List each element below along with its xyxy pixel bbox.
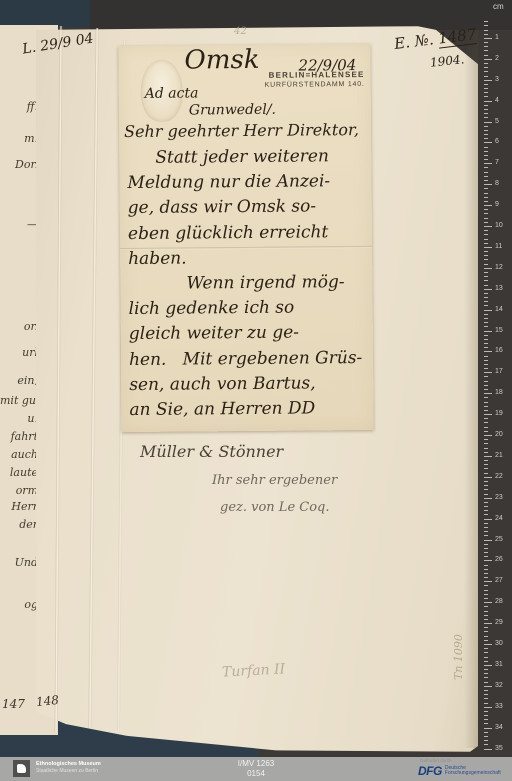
ruler-minor-tick [484, 264, 488, 265]
ruler-minor-tick [484, 34, 488, 35]
page-shadow [464, 30, 478, 748]
ruler-minor-tick [484, 552, 488, 553]
ruler-minor-tick [484, 343, 488, 344]
ruler-cm-tick [484, 372, 492, 373]
letterhead-city: BERLIN=HALENSEE [265, 70, 365, 80]
ruler-minor-tick [484, 506, 488, 507]
ruler-cm-tick [484, 393, 492, 394]
ruler-minor-tick [484, 703, 488, 704]
ruler-minor-tick [484, 50, 488, 51]
ruler-number: 31 [495, 661, 503, 668]
ruler-minor-tick [484, 259, 488, 260]
ruler-minor-tick [484, 410, 488, 411]
letter-body-line: ge, dass wir Omsk so- [128, 196, 368, 223]
ruler-cm-tick [484, 59, 492, 60]
ruler-number: 27 [495, 577, 503, 584]
ruler-minor-tick [484, 318, 488, 319]
ruler-minor-tick [484, 473, 488, 474]
ruler-minor-tick [484, 460, 488, 461]
ruler-minor-tick [484, 117, 488, 118]
letter-sheet: Omsk 22/9/04 BERLIN=HALENSEE KURFÜRSTEND… [118, 44, 373, 432]
ruler-minor-tick [484, 109, 488, 110]
ruler-number: 20 [495, 431, 503, 438]
ruler-number: 21 [495, 452, 503, 459]
ruler-minor-tick [484, 631, 488, 632]
margin-text-fragment: laute [0, 466, 38, 479]
ruler-number: 19 [495, 410, 503, 417]
letter-body-line: sen, auch von Bartus, [129, 373, 369, 400]
ruler-minor-tick [484, 30, 488, 31]
ruler-number: 10 [495, 222, 503, 229]
ruler-minor-tick [484, 193, 488, 194]
ruler-minor-tick [484, 113, 488, 114]
ruler-minor-tick [484, 736, 488, 737]
ruler-minor-tick [484, 402, 488, 403]
ruler-number: 7 [495, 159, 499, 166]
margin-text-fragment: mit gut [0, 394, 38, 407]
ruler-minor-tick [484, 464, 488, 465]
ruler-minor-tick [484, 494, 488, 495]
ruler-minor-tick [484, 213, 488, 214]
ruler-minor-tick [484, 46, 488, 47]
ruler-minor-tick [484, 255, 488, 256]
ruler-minor-tick [484, 452, 488, 453]
ruler-minor-tick [484, 711, 488, 712]
ruler-cm-tick [484, 456, 492, 457]
ruler-number: 32 [495, 682, 503, 689]
ruler-number: 24 [495, 515, 503, 522]
ruler-number: 25 [495, 536, 503, 543]
ruler-minor-tick [484, 590, 488, 591]
ruler-minor-tick [484, 694, 488, 695]
margin-text-fragment: ein, [0, 374, 38, 387]
letter-body-line: lich gedenke ich so [129, 297, 369, 324]
margin-text-fragment: or. [0, 320, 38, 333]
ruler-cm-tick [484, 560, 492, 561]
ruler-minor-tick [484, 67, 488, 68]
ruler-unit-label: cm [493, 2, 504, 11]
ruler-minor-tick [484, 715, 488, 716]
ruler-minor-tick [484, 92, 488, 93]
inventory-side-mark: Tn 1090 [452, 634, 465, 680]
ruler-number: 15 [495, 327, 503, 334]
closing-formula: Ihr sehr ergebener [212, 473, 337, 488]
ruler-minor-tick [484, 172, 488, 173]
ruler-minor-tick [484, 218, 488, 219]
ruler-minor-tick [484, 677, 488, 678]
ruler-minor-tick [484, 585, 488, 586]
ruler: cm 1234567891011121314151617181920212223… [482, 0, 512, 757]
ruler-minor-tick [484, 360, 488, 361]
ruler-minor-tick [484, 280, 488, 281]
ruler-minor-tick [484, 293, 488, 294]
ruler-number: 28 [495, 598, 503, 605]
ruler-number: 5 [495, 118, 499, 125]
ruler-minor-tick [484, 669, 488, 670]
ruler-minor-tick [484, 301, 488, 302]
ruler-cm-tick [484, 351, 492, 352]
ruler-minor-tick [484, 234, 488, 235]
ruler-number: 23 [495, 494, 503, 501]
letter-body-line: hen. Mit ergebenen Grüs- [129, 347, 369, 374]
letter-body-line: eben glücklich erreicht [128, 221, 368, 248]
dfg-full-name: Deutsche Forschungsgemeinschaft [445, 766, 501, 777]
ruler-minor-tick [484, 134, 488, 135]
margin-text-fragment: m. [0, 132, 38, 145]
letter-body: Statt jeder weiterenMeldung nur die Anze… [127, 146, 369, 425]
ruler-minor-tick [484, 209, 488, 210]
ruler-cm-tick [484, 101, 492, 102]
ruler-minor-tick [484, 222, 488, 223]
ruler-minor-tick [484, 544, 488, 545]
ruler-cm-tick [484, 728, 492, 729]
letter-body-line: Meldung nur die Anzei- [127, 171, 367, 198]
ruler-minor-tick [484, 640, 488, 641]
margin-text-fragment: auch [0, 448, 38, 461]
ruler-minor-tick [484, 598, 488, 599]
ruler-number: 4 [495, 97, 499, 104]
ruler-number: 3 [495, 76, 499, 83]
ruler-number: 11 [495, 243, 502, 250]
ruler-minor-tick [484, 147, 488, 148]
ruler-number: 22 [495, 473, 503, 480]
ruler-cm-tick [484, 540, 492, 541]
ruler-minor-tick [484, 657, 488, 658]
ruler-cm-tick [484, 602, 492, 603]
margin-text-fragment: Und [0, 556, 38, 569]
ruler-minor-tick [484, 71, 488, 72]
ruler-minor-tick [484, 698, 488, 699]
ruler-cm-tick [484, 435, 492, 436]
ruler-minor-tick [484, 443, 488, 444]
ruler-minor-tick [484, 565, 488, 566]
ad-acta-signature: Grunwedel/. [189, 102, 276, 119]
page-number-right: 148 [35, 693, 59, 709]
ruler-cm-tick [484, 644, 492, 645]
ruler-minor-tick [484, 673, 488, 674]
margin-text-fragment: og [0, 598, 38, 611]
ruler-minor-tick [484, 356, 488, 357]
ruler-minor-tick [484, 88, 488, 89]
ruler-minor-tick [484, 368, 488, 369]
ruler-minor-tick [484, 481, 488, 482]
ruler-minor-tick [484, 285, 488, 286]
ruler-minor-tick [484, 55, 488, 56]
ruler-minor-tick [484, 448, 488, 449]
ruler-number: 33 [495, 703, 503, 710]
ruler-minor-tick [484, 76, 488, 77]
margin-text-fragment: Herr [0, 500, 38, 513]
ruler-number: 9 [495, 201, 499, 208]
ruler-minor-tick [484, 489, 488, 490]
ruler-minor-tick [484, 627, 488, 628]
ruler-minor-tick [484, 197, 488, 198]
ruler-minor-tick [484, 427, 488, 428]
margin-text-fragment: ff. [0, 100, 38, 113]
ruler-minor-tick [484, 619, 488, 620]
ruler-minor-tick [484, 431, 488, 432]
scanned-letter-page: ff.m.Dor.—or.urlein,mit gutu.fahrtauchla… [0, 0, 512, 781]
ruler-minor-tick [484, 326, 488, 327]
ruler-minor-tick [484, 21, 488, 22]
ruler-number: 34 [495, 724, 503, 731]
ruler-minor-tick [484, 510, 488, 511]
scan-background-top [90, 0, 512, 30]
letter-body-line: an Sie, an Herren DD [129, 398, 369, 425]
ruler-cm-tick [484, 163, 492, 164]
ruler-minor-tick [484, 335, 488, 336]
ruler-minor-tick [484, 42, 488, 43]
ruler-minor-tick [484, 661, 488, 662]
ruler-minor-tick [484, 347, 488, 348]
page-number-left: 147 [2, 697, 25, 711]
dfg-abbreviation: DFG [418, 764, 442, 778]
ruler-cm-tick [484, 226, 492, 227]
ruler-minor-tick [484, 502, 488, 503]
ruler-cm-tick [484, 414, 492, 415]
ruler-minor-tick [484, 636, 488, 637]
ruler-minor-tick [484, 138, 488, 139]
ad-acta-note: Ad acta [145, 85, 199, 101]
ruler-minor-tick [484, 594, 488, 595]
ruler-minor-tick [484, 740, 488, 741]
ruler-minor-tick [484, 63, 488, 64]
ruler-minor-tick [484, 201, 488, 202]
ruler-minor-tick [484, 569, 488, 570]
ruler-minor-tick [484, 606, 488, 607]
ruler-minor-tick [484, 188, 488, 189]
ruler-cm-tick [484, 205, 492, 206]
margin-text-fragment: orm [0, 484, 38, 497]
ruler-minor-tick [484, 385, 488, 386]
ruler-minor-tick [484, 397, 488, 398]
ruler-number: 17 [495, 368, 503, 375]
ruler-cm-tick [484, 289, 492, 290]
margin-text-fragment: Dor. [0, 158, 38, 171]
ruler-number: 29 [495, 619, 503, 626]
ruler-minor-tick [484, 84, 488, 85]
ruler-cm-tick [484, 665, 492, 666]
margin-text-fragment: fahrt [0, 430, 38, 443]
margin-text-fragment: url [0, 346, 38, 359]
ruler-minor-tick [484, 723, 488, 724]
ruler-minor-tick [484, 732, 488, 733]
ruler-minor-tick [484, 376, 488, 377]
ruler-number: 35 [495, 745, 503, 752]
ruler-minor-tick [484, 611, 488, 612]
ruler-minor-tick [484, 96, 488, 97]
ruler-number: 6 [495, 138, 499, 145]
ruler-minor-tick [484, 305, 488, 306]
ruler-minor-tick [484, 230, 488, 231]
dfg-logo: Gefördert durch DFG Deutsche Forschungsg… [418, 758, 504, 778]
ruler-minor-tick [484, 176, 488, 177]
ruler-minor-tick [484, 364, 488, 365]
ruler-minor-tick [484, 719, 488, 720]
letter-body-line: haben. [128, 247, 368, 274]
ruler-minor-tick [484, 418, 488, 419]
letter-body-line: Statt jeder weiteren [155, 146, 367, 173]
ruler-minor-tick [484, 422, 488, 423]
ruler-number: 13 [495, 285, 503, 292]
letter-body-line: gleich weiter zu ge- [129, 322, 369, 349]
ruler-number: 2 [495, 55, 499, 62]
margin-text-fragment: — [0, 218, 38, 231]
ruler-cm-tick [484, 749, 492, 750]
ruler-cm-tick [484, 623, 492, 624]
ruler-number: 18 [495, 389, 503, 396]
ruler-minor-tick [484, 682, 488, 683]
ruler-minor-tick [484, 381, 488, 382]
signature-line: gez. von Le Coq. [220, 500, 330, 515]
ruler-cm-tick [484, 477, 492, 478]
ruler-minor-tick [484, 155, 488, 156]
ruler-minor-tick [484, 180, 488, 181]
ruler-minor-tick [484, 556, 488, 557]
ruler-number: 26 [495, 556, 503, 563]
ruler-minor-tick [484, 389, 488, 390]
ruler-minor-tick [484, 243, 488, 244]
ruler-cm-tick [484, 707, 492, 708]
ruler-minor-tick [484, 167, 488, 168]
ruler-number: 14 [495, 306, 503, 313]
ruler-minor-tick [484, 159, 488, 160]
ruler-cm-tick [484, 268, 492, 269]
letter-place: Omsk [184, 45, 259, 76]
book-cover-top-left [0, 0, 96, 27]
ruler-minor-tick [484, 322, 488, 323]
ruler-minor-tick [484, 531, 488, 532]
ruler-number: 16 [495, 347, 503, 354]
letter-salutation: Sehr geehrter Herr Direktor, [124, 120, 359, 141]
ruler-cm-tick [484, 247, 492, 248]
ruler-number: 12 [495, 264, 503, 271]
ruler-cm-tick [484, 519, 492, 520]
ruler-minor-tick [484, 527, 488, 528]
ruler-minor-tick [484, 251, 488, 252]
ruler-minor-tick [484, 151, 488, 152]
turfan-pencil-note: Turfan II [222, 661, 286, 680]
footer-bar: Ethnologisches Museum Staatliche Museen … [0, 757, 512, 781]
ruler-minor-tick [484, 690, 488, 691]
ruler-minor-tick [484, 523, 488, 524]
ruler-minor-tick [484, 130, 488, 131]
margin-text-fragment: u. [0, 412, 38, 425]
ruler-cm-tick [484, 581, 492, 582]
ruler-minor-tick [484, 276, 488, 277]
ruler-minor-tick [484, 297, 488, 298]
ruler-minor-tick [484, 744, 488, 745]
ruler-number: 8 [495, 180, 499, 187]
ruler-minor-tick [484, 126, 488, 127]
ruler-minor-tick [484, 514, 488, 515]
letter-body-line: Wenn irgend mög- [186, 272, 368, 299]
ruler-minor-tick [484, 406, 488, 407]
ruler-cm-tick [484, 310, 492, 311]
ruler-cm-tick [484, 184, 492, 185]
ruler-minor-tick [484, 439, 488, 440]
ruler-minor-tick [484, 314, 488, 315]
addressees-line: Müller & Stönner [140, 442, 283, 461]
ruler-minor-tick [484, 573, 488, 574]
ruler-cm-tick [484, 142, 492, 143]
ruler-minor-tick [484, 272, 488, 273]
ruler-cm-tick [484, 80, 492, 81]
ruler-minor-tick [484, 652, 488, 653]
letterhead-street: KURFÜRSTENDAMM 140. [265, 81, 365, 89]
ruler-minor-tick [484, 648, 488, 649]
ruler-cm-tick [484, 331, 492, 332]
ruler-minor-tick [484, 535, 488, 536]
ruler-minor-tick [484, 105, 488, 106]
ruler-cm-tick [484, 686, 492, 687]
ruler-cm-tick [484, 122, 492, 123]
funding-note: Gefördert durch [420, 758, 504, 763]
ruler-minor-tick [484, 468, 488, 469]
ruler-cm-tick [484, 38, 492, 39]
margin-text-fragment: der [0, 518, 38, 531]
ruler-cm-tick [484, 498, 492, 499]
ruler-minor-tick [484, 577, 488, 578]
ruler-minor-tick [484, 339, 488, 340]
ruler-minor-tick [484, 25, 488, 26]
ruler-number: 30 [495, 640, 503, 647]
folio-pencil-number: 42 [234, 26, 247, 37]
ruler-minor-tick [484, 239, 488, 240]
ruler-minor-tick [484, 548, 488, 549]
ruler-minor-tick [484, 485, 488, 486]
ruler-minor-tick [484, 615, 488, 616]
printed-letterhead: BERLIN=HALENSEE KURFÜRSTENDAMM 140. [265, 70, 365, 89]
ruler-number: 1 [495, 34, 499, 41]
